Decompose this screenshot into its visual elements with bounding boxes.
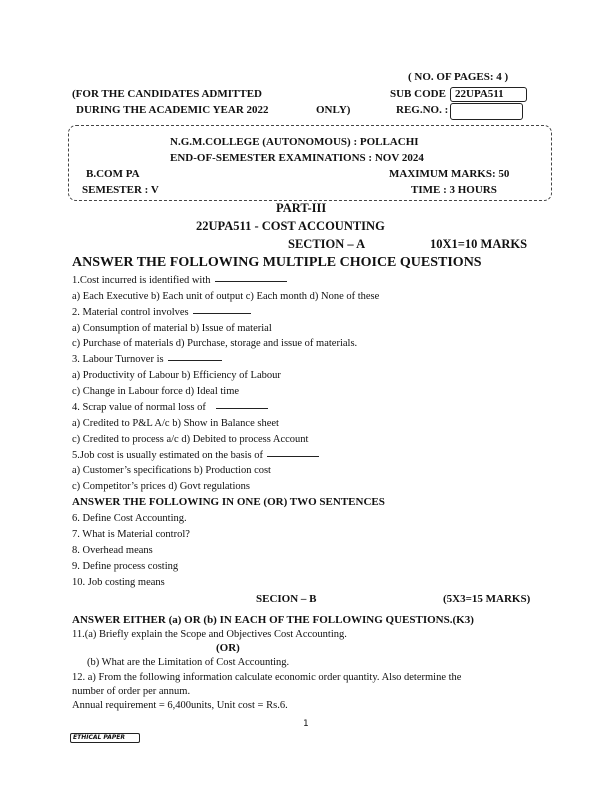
section-b-instruction: ANSWER EITHER (a) OR (b) IN EACH OF THE … [72, 614, 474, 627]
subject-title: 22UPA511 - COST ACCOUNTING [196, 219, 385, 234]
sub-code-value: 22UPA511 [455, 88, 504, 100]
question-12a-line-3: Annual requirement = 6,400units, Unit co… [72, 699, 288, 712]
reg-no-field[interactable] [450, 103, 523, 120]
mcq-options-5a: a) Customer’s specifications b) Producti… [72, 464, 271, 477]
mcq-question-1: 1.Cost incurred is identified with [72, 274, 287, 287]
short-question-9: 9. Define process costing [72, 560, 178, 573]
mcq-options-2a: a) Consumption of material b) Issue of m… [72, 322, 272, 335]
section-b-marks: (5X3=15 MARKS) [443, 593, 530, 606]
ethical-paper-tag: ETHICAL PAPER [70, 733, 140, 743]
mcq-instruction: ANSWER THE FOLLOWING MULTIPLE CHOICE QUE… [72, 255, 482, 271]
or-label: (OR) [216, 642, 240, 655]
question-12a-line-1: 12. a) From the following information ca… [72, 671, 540, 684]
course-name: B.COM PA [86, 168, 140, 181]
sub-code-box: 22UPA511 [450, 87, 527, 102]
answer-blank [193, 312, 251, 314]
mcq-question-4: 4. Scrap value of normal loss of [72, 401, 268, 414]
mcq-question-5: 5.Job cost is usually estimated on the b… [72, 449, 319, 462]
exam-name: END-OF-SEMESTER EXAMINATIONS : NOV 2024 [170, 152, 424, 165]
question-11a: 11.(a) Briefly explain the Scope and Obj… [72, 628, 347, 641]
answer-blank [215, 280, 287, 282]
college-name: N.G.M.COLLEGE (AUTONOMOUS) : POLLACHI [170, 136, 419, 149]
answer-blank [216, 407, 268, 409]
short-question-10: 10. Job costing means [72, 576, 165, 589]
mcq-options-2b: c) Purchase of materials d) Purchase, st… [72, 337, 357, 350]
question-11b: (b) What are the Limitation of Cost Acco… [87, 656, 289, 669]
candidates-only: ONLY) [316, 104, 350, 117]
mcq-options-4b: c) Credited to process a/c d) Debited to… [72, 433, 308, 446]
answer-blank [267, 455, 319, 457]
mcq-question-3: 3. Labour Turnover is [72, 353, 222, 366]
max-marks: MAXIMUM MARKS: 50 [389, 168, 509, 181]
candidates-line-1: (FOR THE CANDIDATES ADMITTED [72, 88, 262, 101]
answer-blank [168, 359, 222, 361]
exam-time: TIME : 3 HOURS [411, 184, 497, 197]
short-answer-instruction: ANSWER THE FOLLOWING IN ONE (OR) TWO SEN… [72, 496, 385, 509]
part-title: PART-III [276, 201, 326, 216]
section-a-title: SECTION – A [288, 237, 365, 252]
reg-no-label: REG.NO. : [396, 104, 448, 117]
sub-code-label: SUB CODE [390, 88, 446, 101]
mcq-options-4a: a) Credited to P&L A/c b) Show in Balanc… [72, 417, 279, 430]
mcq-options-5b: c) Competitor’s prices d) Govt regulatio… [72, 480, 250, 493]
section-b-title: SECION – B [256, 593, 317, 606]
section-a-marks: 10X1=10 MARKS [430, 237, 527, 252]
mcq-options-3b: c) Change in Labour force d) Ideal time [72, 385, 239, 398]
mcq-options-3a: a) Productivity of Labour b) Efficiency … [72, 369, 281, 382]
short-question-8: 8. Overhead means [72, 544, 153, 557]
mcq-question-2: 2. Material control involves [72, 306, 251, 319]
page-number: 1 [303, 719, 309, 729]
candidates-line-2: DURING THE ACADEMIC YEAR 2022 [76, 104, 269, 117]
mcq-options-1: a) Each Executive b) Each unit of output… [72, 290, 379, 303]
page-count: ( NO. OF PAGES: 4 ) [408, 71, 508, 84]
short-question-6: 6. Define Cost Accounting. [72, 512, 187, 525]
semester: SEMESTER : V [82, 184, 159, 197]
short-question-7: 7. What is Material control? [72, 528, 190, 541]
question-12a-line-2: number of order per annum. [72, 685, 190, 698]
